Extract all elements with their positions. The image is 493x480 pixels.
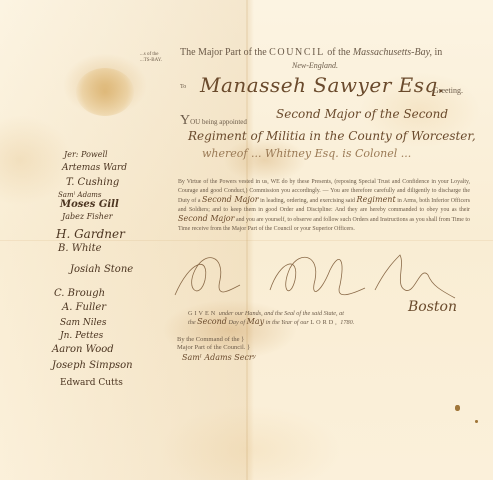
given-clause: GIVEN under our Hands, and the Seal of t…	[188, 310, 478, 327]
signature: Sam Niles	[60, 318, 107, 328]
appointment-rank: Second Major of the Second	[276, 107, 448, 121]
appointment-colonel: whereof ... Whitney Esq. is Colonel ...	[202, 147, 411, 160]
greeting: Greeting.	[433, 86, 463, 95]
appointment-intro: YOU being appointed	[180, 113, 247, 129]
given-year: 1780.	[340, 319, 354, 326]
to-label: To	[180, 84, 186, 90]
signature: H. Gardner	[56, 227, 125, 241]
calligraphic-flourish	[170, 250, 460, 305]
command-attestation: By the Command of the } Major Part of th…	[177, 336, 250, 352]
document-header: The Major Part of the COUNCIL of the Mas…	[180, 47, 442, 58]
signature: C. Brough	[54, 288, 105, 299]
signature: A. Fuller	[62, 302, 106, 313]
wax-seal-stain	[76, 68, 134, 116]
signature: Joseph Simpson	[52, 360, 133, 371]
header-region: New-England.	[292, 61, 338, 70]
signature: Artemas Ward	[62, 163, 127, 173]
signature: Jn. Pettes	[60, 331, 103, 341]
filled-unit: Regiment	[357, 195, 396, 204]
given-day: Second	[197, 317, 227, 326]
commission-body: By Virtue of the Powers vested in us, WE…	[178, 178, 470, 233]
council-title: COUNCIL	[269, 47, 325, 58]
signature: T. Cushing	[66, 177, 119, 188]
signature: Josiah Stone	[70, 264, 133, 275]
addressee-name: Manasseh Sawyer Esq.	[200, 73, 445, 97]
signature: Moses Gill	[60, 199, 119, 210]
signature: Jabez Fisher	[62, 212, 113, 221]
signature: Aaron Wood	[52, 344, 114, 355]
appointment-regiment: Regiment of Militia in the County of Wor…	[188, 129, 476, 143]
seal-label: ...s of the ...TS-BAY.	[140, 52, 162, 64]
filled-rank: Second Major	[178, 214, 234, 223]
ink-spot	[475, 420, 478, 423]
filled-rank: Second Major	[202, 195, 259, 204]
signature: Jer: Powell	[64, 150, 108, 159]
signature: B. White	[58, 243, 102, 254]
signature: Edward Cutts	[60, 378, 123, 388]
secretary-signature: Samˡ Adams Secrʸ	[182, 353, 256, 362]
signature: Samˡ Adams	[58, 191, 101, 199]
ink-spot	[455, 405, 460, 411]
given-month: May	[247, 317, 264, 326]
